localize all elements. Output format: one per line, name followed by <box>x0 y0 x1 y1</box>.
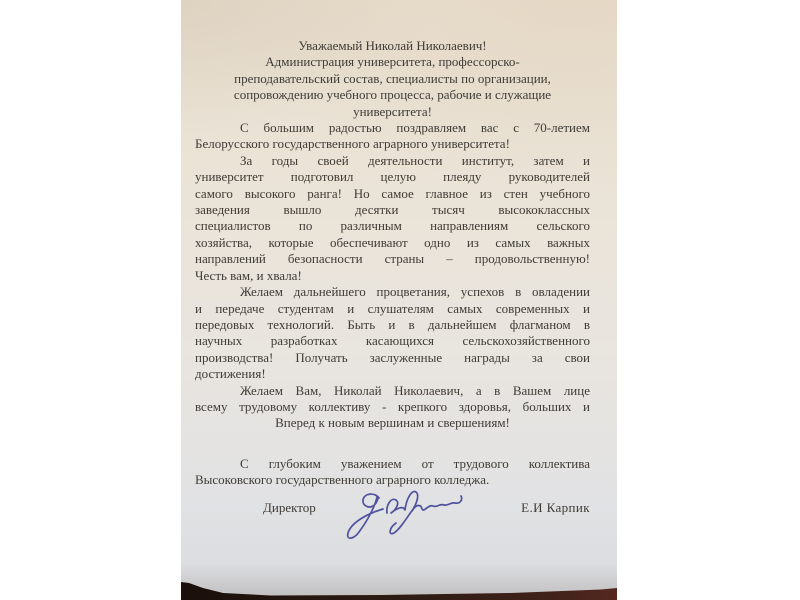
letter-page: Уважаемый Николай Николаевич! Администра… <box>181 0 617 600</box>
letter-line: С большим радостью поздравляем вас с 70-… <box>195 120 590 136</box>
screenshot-canvas: Уважаемый Николай Николаевич! Администра… <box>0 0 800 600</box>
table-edge <box>181 576 617 600</box>
letter-line: заведения вышло десятки тысяч высококлас… <box>195 202 590 218</box>
address-block: Администрация университета, профессорско… <box>195 54 590 120</box>
letter-line: Желаем Вам, Николай Николаевич, а в Ваше… <box>195 383 590 399</box>
signer-name: Е.И Карпик <box>521 500 590 516</box>
paragraph-congratulation: С большим радостью поздравляем вас с 70-… <box>195 120 590 153</box>
letter-line: специалистов по различным направлениям с… <box>195 218 590 234</box>
salutation: Уважаемый Николай Николаевич! <box>195 38 590 54</box>
paragraph-history: За годы своей деятельности институт, зат… <box>195 153 590 284</box>
address-line: Администрация университета, профессорско… <box>195 54 590 70</box>
letter-line: достижения! <box>195 366 590 382</box>
letter-line: всему трудовому коллективу - крепкого зд… <box>195 399 590 415</box>
letter-line: За годы своей деятельности институт, зат… <box>195 153 590 169</box>
letter-line: производства! Получать заслуженные награ… <box>195 350 590 366</box>
paragraph-wishes: Желаем дальнейшего процветания, успехов … <box>195 284 590 382</box>
signature-scribble <box>335 484 487 546</box>
address-line: университета! <box>195 104 590 120</box>
signature-row: Директор Е.И Карпик <box>195 500 590 516</box>
letter-photo: Уважаемый Николай Николаевич! Администра… <box>181 0 617 600</box>
letter-line: самого высокого ранга! Но самое главное … <box>195 186 590 202</box>
letter-line: университет подготовил целую плеяду руко… <box>195 169 590 185</box>
letter-line: С глубоким уважением от трудового коллек… <box>195 456 590 472</box>
letter-line: передовых технологий. Быть и в дальнейше… <box>195 317 590 333</box>
paragraph-personal: Желаем Вам, Николай Николаевич, а в Ваше… <box>195 383 590 416</box>
letter-line: научных разработках касающихся сельскохо… <box>195 333 590 349</box>
address-line: сопровождению учебного процесса, рабочие… <box>195 87 590 103</box>
motto-line: Вперед к новым вершинам и свершениям! <box>195 415 590 431</box>
signer-title: Директор <box>263 500 316 516</box>
letter-line: хозяйства, которые обеспечивают одно из … <box>195 235 590 251</box>
letter-line: Белорусского государственного аграрного … <box>195 136 590 152</box>
letter-line: Честь вам, и хвала! <box>195 268 590 284</box>
letter-line: Желаем дальнейшего процветания, успехов … <box>195 284 590 300</box>
address-line: преподавательский состав, специалисты по… <box>195 71 590 87</box>
letter-line: направлений безопасности страны – продов… <box>195 251 590 267</box>
letter-line: и передаче студентам и слушателям самых … <box>195 301 590 317</box>
